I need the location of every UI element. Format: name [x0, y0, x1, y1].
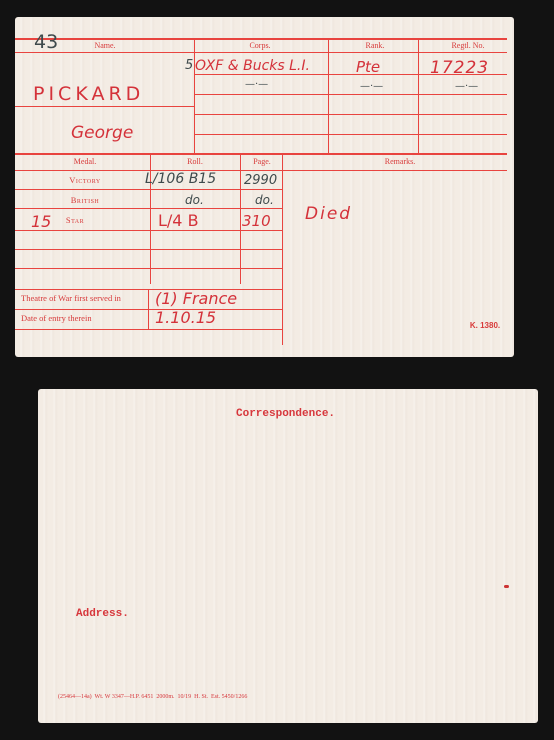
victory-roll: L/106 B15	[145, 171, 216, 187]
rank-ditto: —·—	[360, 81, 383, 92]
corps-header: Corps.	[230, 41, 290, 50]
forename: George	[71, 123, 133, 143]
remarks-column-rule	[282, 153, 283, 345]
regtl-ditto: —·—	[455, 81, 478, 92]
regtl-no-value: 17223	[430, 58, 489, 78]
medal-victory-label: Victory	[55, 175, 115, 185]
rank-header: Rank.	[345, 41, 405, 50]
regtl-column-rule	[418, 38, 419, 153]
index-mark: 43	[34, 31, 58, 53]
corps-ditto: —·—	[245, 79, 268, 90]
row-rule	[194, 134, 507, 135]
header-rule	[15, 38, 507, 40]
printer-imprint: (25464—14a) Wt. W 3347—H.P. 6451 2000m. …	[58, 694, 247, 700]
medal-header: Medal.	[60, 157, 110, 166]
star-page: 310	[242, 212, 271, 230]
corps-prefix: 5	[185, 58, 193, 73]
name-row-rule	[15, 106, 194, 107]
medal-row-rule	[15, 268, 282, 269]
header-sub-rule	[15, 52, 507, 53]
medal-index-card-back: Correspondence. Address. (25464—14a) Wt.…	[38, 389, 538, 723]
theatre-value: (1) France	[155, 289, 237, 308]
page-column-rule	[240, 153, 241, 284]
form-code: K. 1380.	[465, 321, 505, 330]
bottom-row-rule	[15, 329, 282, 330]
theatre-value-rule	[148, 289, 149, 329]
address-label: Address.	[76, 608, 129, 620]
correspondence-label: Correspondence.	[236, 408, 335, 420]
date-value: 1.10.15	[155, 308, 216, 327]
star-prefix: 15	[31, 212, 51, 231]
british-page: do.	[255, 193, 274, 207]
roll-header: Roll.	[175, 157, 215, 166]
british-roll: do.	[185, 193, 204, 207]
remarks-value: Died	[305, 204, 352, 224]
ink-mark	[504, 585, 509, 588]
rank-column-rule	[328, 38, 329, 153]
medal-row-rule	[15, 249, 282, 250]
theatre-label: Theatre of War first served in	[21, 293, 147, 303]
row-rule	[194, 114, 507, 115]
corps-column-rule	[194, 38, 195, 153]
date-label: Date of entry therein	[21, 313, 147, 323]
row-rule	[194, 94, 507, 95]
section-sub-rule	[15, 170, 507, 171]
regtl-no-header: Regtl. No.	[433, 41, 503, 50]
medal-british-label: British	[55, 195, 115, 205]
medal-index-card-front: 43 Name. Corps. Rank. Regtl. No. PICKARD…	[15, 17, 514, 357]
medal-star-label: Star	[55, 215, 95, 225]
name-header: Name.	[75, 41, 135, 50]
page-header: Page.	[241, 157, 283, 166]
medal-row-rule	[15, 230, 282, 231]
star-roll: L/4 B	[158, 211, 199, 230]
surname: PICKARD	[33, 83, 144, 105]
remarks-header: Remarks.	[365, 157, 435, 166]
section-rule	[15, 153, 507, 155]
corps-value: OXF & Bucks L.I.	[195, 58, 310, 74]
victory-page: 2990	[244, 173, 277, 188]
rank-value: Pte	[356, 58, 380, 76]
medal-row-rule	[15, 208, 282, 209]
medal-row-rule	[15, 189, 282, 190]
